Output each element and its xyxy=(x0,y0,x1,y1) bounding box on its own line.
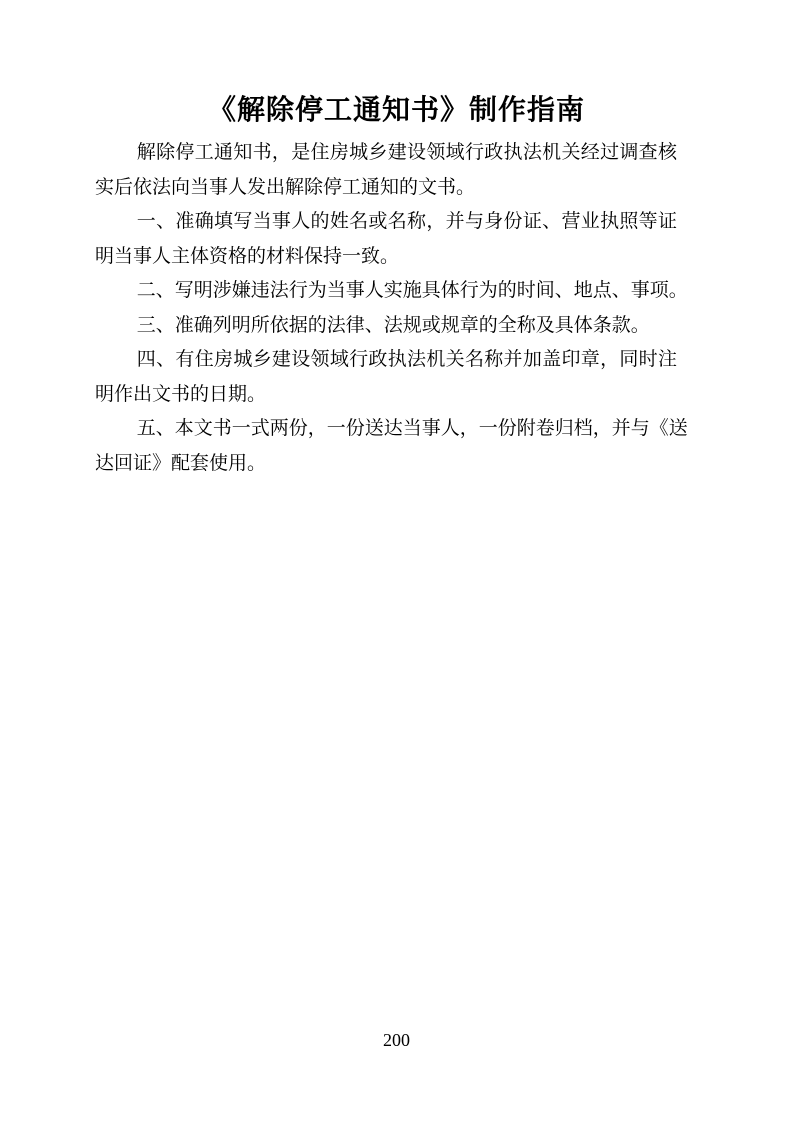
text-line: 解除停工通知书，是住房城乡建设领域行政执法机关经过调查核 xyxy=(95,136,677,171)
text-line: 实后依法向当事人发出解除停工通知的文书。 xyxy=(95,171,677,206)
paragraph-item-3: 三、准确列明所依据的法律、法规或规章的全称及具体条款。 xyxy=(95,309,677,344)
page-number: 200 xyxy=(0,1029,793,1051)
text-line: 达回证》配套使用。 xyxy=(95,447,677,482)
text-line: 三、准确列明所依据的法律、法规或规章的全称及具体条款。 xyxy=(95,309,677,344)
text-line: 四、有住房城乡建设领域行政执法机关名称并加盖印章，同时注 xyxy=(95,343,677,378)
paragraph-item-2: 二、写明涉嫌违法行为当事人实施具体行为的时间、地点、事项。 xyxy=(95,274,677,309)
document-body: 解除停工通知书，是住房城乡建设领域行政执法机关经过调查核 实后依法向当事人发出解… xyxy=(95,136,677,481)
document-page: 《解除停工通知书》制作指南 解除停工通知书，是住房城乡建设领域行政执法机关经过调… xyxy=(0,0,793,1122)
document-title: 《解除停工通知书》制作指南 xyxy=(95,86,698,136)
text-line: 二、写明涉嫌违法行为当事人实施具体行为的时间、地点、事项。 xyxy=(95,274,677,309)
text-line: 明当事人主体资格的材料保持一致。 xyxy=(95,240,677,275)
text-line: 明作出文书的日期。 xyxy=(95,378,677,413)
paragraph-intro: 解除停工通知书，是住房城乡建设领域行政执法机关经过调查核 实后依法向当事人发出解… xyxy=(95,136,677,205)
text-line: 五、本文书一式两份，一份送达当事人，一份附卷归档，并与《送 xyxy=(95,412,677,447)
text-line: 一、准确填写当事人的姓名或名称，并与身份证、营业执照等证 xyxy=(95,205,677,240)
paragraph-item-1: 一、准确填写当事人的姓名或名称，并与身份证、营业执照等证 明当事人主体资格的材料… xyxy=(95,205,677,274)
paragraph-item-4: 四、有住房城乡建设领域行政执法机关名称并加盖印章，同时注 明作出文书的日期。 xyxy=(95,343,677,412)
paragraph-item-5: 五、本文书一式两份，一份送达当事人，一份附卷归档，并与《送 达回证》配套使用。 xyxy=(95,412,677,481)
